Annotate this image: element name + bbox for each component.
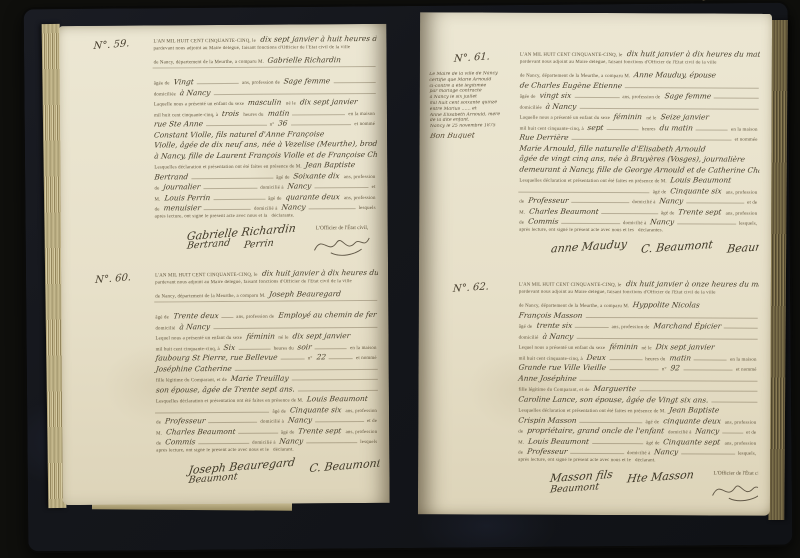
signature-row: Gabrielle Richardin (187, 226, 296, 240)
handwritten-text: Constant Violle, fils naturel d'Anne Fra… (154, 129, 325, 139)
printed-text: âgé de (272, 409, 286, 414)
handwritten-text: Rue Derrière (519, 133, 569, 142)
handwritten-text: Marchand Épicier (653, 321, 722, 330)
handwritten-text: Charles Beaumont (166, 426, 236, 435)
printed-text: âgé de (276, 175, 290, 180)
printed-text: heures (642, 127, 656, 132)
rule-line (206, 125, 267, 126)
printed-text: né le (646, 116, 656, 121)
rule-line (712, 401, 758, 402)
handwritten-text: François Masson (518, 310, 583, 319)
printed-text: de Nancy, département de la Meurthe, a c… (519, 304, 629, 309)
handwritten-text: Gabrielle Richardin (267, 55, 341, 65)
handwritten-text: soir (297, 342, 312, 351)
rule-line (281, 358, 305, 359)
handwritten-text: à Nancy (545, 101, 577, 110)
record-number: N°. 61. (428, 49, 519, 66)
rule-line (714, 98, 759, 99)
handwritten-text: Marie Treuillay (230, 374, 289, 383)
handwritten-text: Nancy (654, 447, 679, 456)
printed-text: ans, profession de (622, 95, 660, 100)
handwritten-text: sept (587, 122, 604, 131)
declarant-signatures: Gabrielle RichardinBertrandPerrin (153, 226, 296, 263)
printed-text: ans, profession (726, 211, 758, 216)
printed-text: déclarant. (273, 447, 294, 452)
rule-line (607, 129, 639, 130)
handwritten-text: Jean Baptiste (669, 405, 720, 414)
act-line: après lecture, ont signé le présent acte… (153, 212, 378, 224)
record-margin: N°. 62. (426, 278, 517, 508)
rule-line (572, 202, 630, 203)
printed-text: domicilié à (260, 420, 284, 425)
handwritten-text: dix sept janvier à huit heures du soir (259, 34, 376, 44)
record-60: N°. 60. L'AN MIL HUIT CENT CINQUANTE-CIN… (69, 268, 380, 504)
printed-text: domicilié à (632, 200, 656, 205)
printed-text: âgé de (519, 325, 533, 330)
printed-text: déclarant. (635, 458, 656, 463)
rule-line (292, 114, 345, 115)
officer-signature-flourish (310, 232, 374, 256)
handwritten-text: Crispin Masson (518, 415, 577, 424)
rule-line (315, 187, 369, 188)
signature-block: anne MauduyC. BeaumontBeaumont L'Officie… (517, 240, 759, 277)
handwritten-text: Nancy (650, 217, 675, 226)
margin-annotation (68, 58, 152, 60)
printed-text: de (155, 207, 160, 212)
handwritten-text: du matin (659, 123, 694, 132)
printed-text: de Nancy, département de la Meurthe, a c… (155, 294, 265, 300)
act-line: après lecture, ont signé le présent acte… (154, 446, 379, 458)
rule-line (315, 348, 347, 349)
signature: Bertrand (186, 237, 231, 251)
record-body: L'AN MIL HUIT CENT CINQUANTE-CINQ, ledix… (517, 49, 760, 280)
handwritten-text: Six (223, 342, 236, 351)
printed-text: mil huit cent cinquante-cinq, à (520, 126, 584, 131)
officer-signature-flourish (708, 477, 759, 501)
handwritten-text: quarante deux (285, 192, 340, 201)
rule-line (329, 358, 353, 359)
printed-text: heures du (274, 346, 294, 351)
printed-text: et nommé (354, 122, 375, 127)
handwritten-text: Trente deux (172, 311, 218, 320)
rule-line (309, 208, 356, 209)
officer-area: L'Officier de l'État civil, (694, 470, 759, 506)
printed-text: et de (747, 201, 757, 206)
record-number: N°. 62. (427, 279, 518, 296)
printed-text: lesquels, (739, 222, 757, 227)
left-page-content: N°. 59. L'AN MIL HUIT CENT CINQUANTE-CIN… (59, 24, 389, 508)
signature-row: Beaumont (188, 472, 379, 484)
handwritten-text: Louis Beaumont (528, 436, 590, 445)
rule-line (677, 223, 736, 224)
handwritten-text: Anne Mauduy, épouse (634, 70, 717, 79)
signature-row: Beaumont (550, 483, 694, 495)
handwritten-text: dix sept janvier (299, 97, 358, 106)
handwritten-text: Marie Arnould, fille naturelle d'Elisabe… (519, 143, 706, 153)
register-scan-photo: N°. 59. L'AN MIL HUIT CENT CINQUANTE-CIN… (0, 0, 800, 558)
handwritten-text: Commis (165, 437, 196, 446)
officer-label: L'Officier de l'État civil, (694, 470, 759, 476)
printed-text: âgé de (281, 430, 295, 435)
record-number: N°. 60. (69, 271, 153, 289)
handwritten-text: Dix sept janvier (655, 342, 715, 351)
printed-text: et de (367, 419, 377, 424)
record-62: N°. 62. L'AN MIL HUIT CENT CINQUANTE-CIN… (426, 278, 759, 509)
handwritten-text: à Nancy, fille de Laurent François Violl… (154, 149, 378, 160)
rule-line (204, 209, 251, 210)
rule-line (687, 202, 745, 203)
rule-line (602, 213, 658, 214)
handwritten-text: dix huit janvier à dix heures du matin (626, 49, 760, 59)
rule-line (724, 328, 758, 329)
signature: Beaumont (188, 471, 238, 486)
printed-text: Laquelle nous a présenté un enfant du se… (154, 102, 244, 108)
rule-line (576, 337, 757, 339)
handwritten-text: son épouse, âgée de Trente sept ans. (155, 384, 295, 394)
handwritten-text: dix huit janvier à onze heures du matin (625, 279, 759, 289)
printed-text: âgé de (661, 211, 675, 216)
rule-line (580, 421, 643, 422)
margin-annotation: Le Maire de la ville de Nancycertifie qu… (427, 71, 518, 139)
printed-text: domicilié à (252, 441, 276, 446)
rule-line (153, 65, 376, 68)
printed-text: et (372, 185, 376, 190)
printed-text: de Nancy, département de la Meurthe, a c… (154, 60, 264, 66)
handwritten-text: Cinquante sept (663, 437, 721, 446)
rule-line (723, 433, 744, 434)
printed-text: en la maison (730, 357, 757, 362)
rule-line (696, 129, 728, 130)
handwritten-text: Cinquante six (670, 186, 723, 195)
printed-text: mil huit cent cinquante-cinq, à (154, 113, 218, 118)
right-page: 16 N°. 61. Le Maire de la ville de Nancy… (418, 12, 772, 516)
printed-text: en la maison (350, 345, 377, 350)
handwritten-text: à Nancy (179, 322, 211, 331)
printed-text: lesquels, (738, 452, 756, 457)
handwritten-text: Bertrand (154, 172, 189, 181)
printed-text: de (519, 200, 524, 205)
rule-line (298, 389, 378, 391)
printed-text: après lecture, ont signé le présent acte… (156, 447, 269, 453)
printed-text: déclarante. (271, 213, 294, 218)
handwritten-text: âgée de vingt cinq ans, née à Bruyères (… (519, 154, 746, 164)
handwritten-text: Professeur (164, 416, 205, 425)
printed-text: ans, profession de (612, 325, 650, 330)
rule-line (292, 379, 378, 381)
printed-text: de (156, 441, 161, 446)
handwritten-text: Louis Beaumont (670, 175, 732, 184)
printed-text: âgé de (268, 196, 282, 201)
printed-text: et nommé (356, 356, 377, 361)
printed-text: âgée de (154, 81, 170, 86)
rule-line (561, 223, 620, 224)
declarant-signatures: Joseph BeauregardC. BeaumontBeaumont (154, 459, 379, 497)
handwritten-text: journalier (163, 182, 201, 191)
handwritten-text: à Nancy (179, 88, 211, 97)
handwritten-text: Joseph Beauregard (269, 289, 342, 299)
officer-area: L'Officier de l'État civil, (296, 225, 378, 262)
rule-line (574, 97, 619, 98)
margin-annotation (427, 301, 517, 302)
printed-text: heures du (243, 112, 263, 117)
handwritten-text: Sage femme (283, 76, 330, 85)
rule-line (575, 327, 609, 328)
printed-text: n° (662, 367, 667, 372)
printed-text: ans, profession (346, 429, 378, 434)
handwritten-text: trente six (536, 321, 573, 330)
record-margin: N°. 59. (67, 36, 153, 271)
handwritten-text: Employé au chemin de fer (278, 310, 377, 320)
handwritten-text: féminin (246, 332, 275, 341)
printed-text: Lequel nous a présenté un enfant du sexe (156, 336, 243, 342)
handwritten-text: Soixante dix (293, 171, 340, 180)
declarant-signatures: Masson filsHte MassonBeaumont (516, 470, 694, 507)
rule-line (694, 359, 727, 360)
handwritten-text: Jean Baptiste (305, 160, 356, 169)
rule-line (221, 317, 233, 318)
rule-line (639, 390, 757, 392)
printed-text: ans, profession (345, 408, 377, 413)
handwritten-text: dix huit janvier à dix heures du matin (261, 268, 378, 278)
rule-line (191, 177, 273, 179)
printed-text: Lesquelles déclaration et présentation o… (154, 164, 301, 170)
printed-text: Lesquelles déclaration et présentation o… (518, 409, 665, 415)
signature-row: Masson filsHte Masson (550, 470, 694, 484)
rule-line (208, 422, 257, 423)
handwritten-text: à Nancy (542, 331, 574, 340)
printed-text: domiciliée (154, 92, 176, 97)
rule-line (213, 198, 265, 199)
printed-text: pardevant nous adjoint au Maire délégué,… (520, 59, 717, 65)
printed-text: en la maison (731, 127, 758, 132)
handwritten-text: Trente sept (678, 207, 722, 216)
printed-text: domicilié à (260, 186, 284, 191)
handwritten-text: Vingt (173, 77, 194, 86)
margin-annotation (69, 292, 153, 294)
handwritten-text: Violle, âgée de dix neuf ans, née à Veze… (154, 139, 378, 150)
printed-text: Lesquelles déclaration et présentation o… (156, 398, 303, 404)
rule-line (154, 299, 377, 302)
rule-line (580, 107, 759, 109)
handwritten-text: matin (267, 108, 290, 117)
printed-text: n° (308, 356, 313, 361)
handwritten-text: Caroline Lance, son épouse, âgée de Ving… (518, 394, 709, 404)
handwritten-text: Nancy (695, 426, 720, 435)
handwritten-text: masculin (248, 98, 283, 107)
rule-line (307, 442, 358, 443)
act-text: L'AN MIL HUIT CENT CINQUANTE-CINQ, ledix… (151, 34, 377, 225)
handwritten-text: propriétaire, grand oncle de l'enfant (527, 426, 665, 436)
rule-line (235, 368, 378, 370)
rule-line (315, 421, 364, 422)
handwritten-text: féminin (613, 112, 643, 121)
printed-text: ans, profession de (242, 81, 280, 86)
rule-line (333, 82, 375, 83)
printed-text: pardevant nous adjoint au Maire délégué,… (155, 279, 352, 285)
rule-line (203, 188, 257, 189)
handwritten-text: faubourg St Pierre, rue Bellevue (155, 353, 278, 363)
rule-line (580, 379, 758, 381)
printed-text: Lequel nous a présenté un enfant du sexe (519, 346, 606, 351)
printed-text: âgé de (646, 441, 660, 446)
printed-text: ans, profession (344, 195, 376, 200)
rule-line (681, 453, 734, 454)
handwritten-text: rue Ste Anne (153, 119, 203, 128)
rule-line (609, 369, 659, 370)
printed-text: domicilié à (623, 221, 647, 226)
handwritten-text: Professeur (527, 447, 568, 456)
printed-text: ans, profession (726, 190, 758, 195)
printed-text: ans, profession (725, 441, 757, 446)
printed-text: de Nancy, département de la Meurthe, a c… (520, 74, 630, 79)
signature-block: Gabrielle RichardinBertrandPerrin L'Offi… (153, 225, 378, 263)
rule-line (238, 348, 270, 349)
printed-text: domiciliée (520, 105, 542, 110)
printed-text: de (519, 221, 524, 226)
printed-text: après lecture, ont signé le présent acte… (155, 213, 268, 219)
printed-text: après lecture, ont signé le présent acte… (518, 457, 631, 462)
printed-text: M. (156, 431, 162, 436)
handwritten-text: menuisier (163, 203, 201, 212)
rule-line (585, 316, 757, 318)
handwritten-text: de Charles Eugène Etienne (519, 80, 623, 89)
handwritten-text: demeurant à Nancy, fille de George Arnou… (519, 164, 760, 174)
margin-note-line: Nancy le 25 novembre 1875 (430, 123, 518, 130)
signature: Beaumont (726, 239, 760, 256)
signature: Perrin (244, 238, 275, 251)
printed-text: de (156, 420, 161, 425)
printed-text: âgé de (646, 420, 660, 425)
left-page: N°. 59. L'AN MIL HUIT CENT CINQUANTE-CIN… (59, 24, 389, 505)
handwritten-text: Trente sept (298, 426, 342, 435)
printed-text: n° (270, 123, 275, 128)
handwritten-text: Sage femme (664, 91, 712, 100)
printed-text: déclarantes. (638, 228, 663, 233)
handwritten-text: Hyppolite Nicolas (633, 300, 701, 309)
printed-text: âgé de (653, 190, 667, 195)
printed-text: de (518, 430, 523, 435)
printed-text: de (518, 451, 523, 456)
printed-text: heures du (645, 357, 665, 362)
printed-text: pardevant nous adjoint au Maire délégué,… (519, 289, 716, 295)
rule-line (592, 442, 643, 443)
handwritten-text: Commis (528, 217, 559, 226)
printed-text: né le (642, 346, 652, 351)
rule-line (213, 326, 377, 328)
printed-text: et de (746, 431, 756, 436)
handwritten-text: Nancy (287, 181, 312, 190)
printed-text: domicilié à (627, 451, 651, 456)
printed-text: et nommé (736, 368, 757, 373)
printed-text: L'AN MIL HUIT CENT CINQUANTE-CINQ, le (155, 273, 258, 279)
printed-text: M. (519, 210, 525, 215)
act-text: L'AN MIL HUIT CENT CINQUANTE-CINQ, ledix… (517, 49, 760, 239)
rule-line (683, 369, 733, 370)
handwritten-text: matin (669, 353, 692, 362)
rule-line (570, 453, 623, 454)
record-body: L'AN MIL HUIT CENT CINQUANTE-CINQ, ledix… (153, 268, 380, 504)
signature: C. Beaumont (640, 238, 714, 256)
signature: anne Mauduy (550, 237, 628, 255)
printed-text: domicilié à (668, 430, 692, 435)
printed-text: Laquelle nous a présenté un enfant du se… (520, 116, 610, 121)
printed-text: âgé de (155, 315, 169, 320)
record-margin: N°. 60. (69, 269, 155, 504)
printed-text: ans, profession (344, 174, 376, 179)
handwritten-text: 36 (278, 119, 288, 128)
handwritten-text: Deux (586, 352, 606, 361)
handwritten-text: trois (222, 108, 240, 117)
handwritten-text: Joséphine Catherine (155, 363, 232, 373)
officer-label: L'Officier de l'État civil, (296, 225, 378, 232)
rule-line (609, 359, 642, 360)
printed-text: domicilié (519, 335, 539, 340)
handwritten-text: Nancy (287, 415, 312, 424)
printed-text: domicilié (155, 326, 175, 331)
handwritten-text: Nancy (279, 436, 304, 445)
right-page-content: N°. 61. Le Maire de la ville de Nancycer… (418, 12, 772, 514)
rule-line (572, 139, 732, 141)
signature-row: anne MauduyC. BeaumontBeaumont (551, 240, 760, 254)
handwritten-text: Cinquante six (289, 405, 341, 414)
declarant-signatures: anne MauduyC. BeaumontBeaumont (517, 240, 760, 277)
printed-text: lesquels (360, 440, 377, 445)
record-body: L'AN MIL HUIT CENT CINQUANTE-CINQ, ledix… (516, 279, 759, 510)
printed-text: né le (278, 336, 288, 341)
handwritten-text: Nancy (659, 196, 684, 205)
margin-note-line: Bon Buquet (430, 132, 519, 139)
signature: Beaumont (549, 481, 600, 495)
handwritten-text: vingt six (539, 91, 572, 100)
act-text: L'AN MIL HUIT CENT CINQUANTE-CINQ, ledix… (153, 268, 379, 459)
signature-row: BertrandPerrin (187, 238, 296, 250)
record-body: L'AN MIL HUIT CENT CINQUANTE-CINQ, ledix… (151, 34, 378, 270)
act-line: après lecture, ont signé le présent acte… (517, 227, 759, 239)
printed-text: L'AN MIL HUIT CENT CINQUANTE-CINQ, le (519, 283, 622, 288)
record-61: N°. 61. Le Maire de la ville de Nancycer… (427, 48, 760, 279)
signature-block: Masson filsHte MassonBeaumont L'Officier… (516, 470, 758, 507)
printed-text: domicilié à (254, 207, 278, 212)
handwritten-text: féminin (609, 342, 639, 351)
rule-line (238, 432, 277, 433)
handwritten-text: Nancy (281, 202, 306, 211)
handwritten-text: Seize janvier (660, 112, 709, 121)
record-margin: N°. 61. Le Maire de la ville de Nancycer… (427, 48, 518, 278)
printed-text: Lesquelles déclaration et présentation o… (519, 179, 666, 185)
handwritten-text: Grande rue Ville Vieille (518, 363, 607, 372)
handwritten-text: Charles Beaumont (529, 206, 600, 215)
handwritten-text: Professeur (528, 196, 569, 205)
act-line: après lecture, ont signé le présent acte… (516, 457, 758, 469)
handwritten-text: Marguerite (593, 384, 637, 393)
printed-text: M. (518, 440, 524, 445)
rule-line (518, 191, 649, 193)
rule-line (214, 92, 376, 94)
rule-line (625, 87, 759, 89)
signature-block: Joseph BeauregardC. BeaumontBeaumont L'O… (154, 459, 379, 497)
rule-line (198, 443, 249, 444)
printed-text: et nommée (735, 138, 758, 143)
handwritten-text: Anne Joséphine (518, 373, 577, 382)
printed-text: mil huit cent cinquante-cinq, à (156, 347, 220, 352)
printed-text: fille légitime du Comparant, et de (518, 388, 589, 393)
printed-text: lesquels (359, 206, 376, 211)
act-text: L'AN MIL HUIT CENT CINQUANTE-CINQ, ledix… (516, 279, 759, 469)
printed-text: de (154, 186, 159, 191)
printed-text: né le (286, 101, 296, 106)
printed-text: fille légitime du Comparant, et de (156, 378, 227, 383)
printed-text: âgée de (520, 95, 536, 100)
